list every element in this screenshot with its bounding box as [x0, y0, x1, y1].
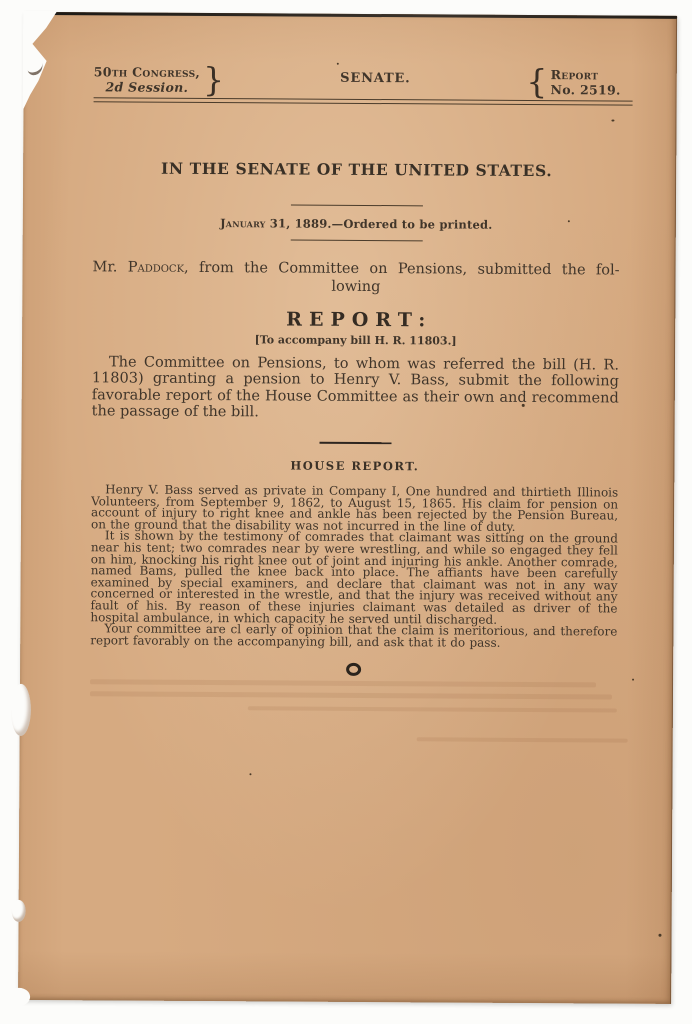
showthrough-streak: [248, 707, 617, 713]
ink-showthrough: [90, 680, 617, 743]
session-line: 2d Session.: [94, 79, 200, 95]
date-rest: 31, 1889.—Ordered to be printed.: [266, 216, 493, 231]
paper-speck: [522, 404, 525, 407]
committee-paragraph: The Committee on Pensions, to whom was r…: [92, 354, 619, 423]
congress-line: 50th Congress,: [94, 64, 200, 80]
showthrough-streak: [90, 680, 596, 688]
closing-brace: }: [200, 65, 227, 95]
congress-session-block: 50th Congress, 2d Session. }: [94, 64, 228, 95]
masthead-double-rule: [94, 97, 633, 105]
binding-notch: [12, 900, 26, 922]
report-number-block: { Report No. 2519.: [523, 67, 621, 98]
submission-rest: , from the Committee on Pensions, submit…: [184, 259, 620, 278]
house-report-paragraph: Your committee are cl early of opinion t…: [90, 623, 617, 649]
section-rule: [319, 441, 391, 444]
submission-statement: Mr. Paddock, from the Committee on Pensi…: [92, 258, 619, 297]
end-ornament-icon: [346, 663, 361, 676]
showthrough-streak: [90, 692, 612, 700]
report-number: No. 2519.: [551, 82, 621, 97]
divider-rule: [290, 204, 422, 206]
date-line: January 31, 1889.—Ordered to be printed.: [93, 215, 620, 232]
house-report-paragraph: It is shown by the testimony of comrades…: [90, 531, 618, 627]
opening-brace: {: [523, 67, 550, 97]
paper-speck: [568, 220, 570, 222]
submitter-name: Paddock: [128, 259, 184, 275]
binding-notch: [8, 988, 30, 1006]
submission-prefix: Mr.: [93, 259, 128, 275]
document-page: 50th Congress, 2d Session. } SENATE. { R…: [18, 12, 677, 1004]
divider-rule: [290, 239, 422, 241]
submission-line2: lowing: [92, 276, 619, 297]
chamber-title: SENATE.: [340, 66, 410, 86]
paper-speck: [611, 119, 614, 121]
masthead: 50th Congress, 2d Session. } SENATE. { R…: [94, 64, 621, 97]
showthrough-streak: [416, 738, 627, 743]
accompany-note: [To accompany bill H. R. 11803.]: [92, 332, 619, 348]
paper-speck: [658, 934, 661, 937]
paper-speck: [632, 679, 634, 681]
page-content: 50th Congress, 2d Session. } SENATE. { R…: [18, 12, 677, 1004]
report-heading: REPORT:: [92, 307, 619, 332]
house-report-paragraph: Henry V. Bass served as private in Compa…: [91, 484, 618, 534]
report-word: Report: [551, 67, 621, 82]
house-report-heading: HOUSE REPORT.: [91, 457, 618, 474]
page-title: IN THE SENATE OF THE UNITED STATES.: [93, 158, 620, 180]
paper-speck: [337, 63, 339, 65]
date-month: January: [220, 216, 266, 230]
paper-speck: [249, 773, 251, 775]
